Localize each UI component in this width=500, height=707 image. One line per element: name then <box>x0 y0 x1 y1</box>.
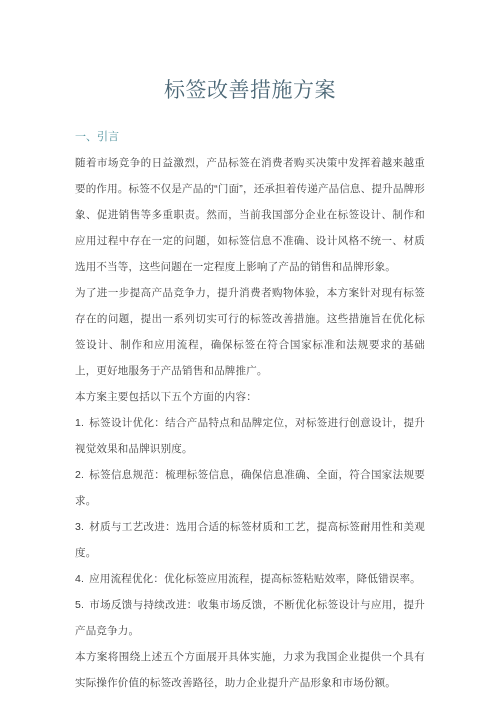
list-item-feedback: 5.市场反馈与持续改进：收集市场反馈，不断优化标签设计与应用，提升产品竞争力。 <box>75 592 425 644</box>
list-item-design: 1.标签设计优化：结合产品特点和品牌定位，对标签进行创意设计，提升视觉效果和品牌… <box>75 410 425 462</box>
list-item-text: 材质与工艺改进：选用合适的标签材质和工艺，提高标签耐用性和美观度。 <box>75 521 425 559</box>
list-item-process: 4.应用流程优化：优化标签应用流程，提高标签粘贴效率，降低错误率。 <box>75 566 425 592</box>
list-item-information: 2.标签信息规范：梳理标签信息，确保信息准确、全面，符合国家法规要求。 <box>75 462 425 514</box>
list-item-text: 标签设计优化：结合产品特点和品牌定位，对标签进行创意设计，提升视觉效果和品牌识别… <box>75 417 425 455</box>
numbered-list: 1.标签设计优化：结合产品特点和品牌定位，对标签进行创意设计，提升视觉效果和品牌… <box>75 410 425 644</box>
document-title: 标签改善措施方案 <box>75 78 425 104</box>
list-item-material: 3.材质与工艺改进：选用合适的标签材质和工艺，提高标签耐用性和美观度。 <box>75 514 425 566</box>
list-item-number: 2. <box>75 469 84 481</box>
list-item-text: 标签信息规范：梳理标签信息，确保信息准确、全面，符合国家法规要求。 <box>75 469 425 507</box>
paragraph-list-lead-in: 本方案主要包括以下五个方面的内容： <box>75 384 425 410</box>
list-item-number: 5. <box>75 599 84 611</box>
list-item-number: 3. <box>75 521 84 533</box>
list-item-number: 1. <box>75 417 84 429</box>
paragraph-plan-purpose: 为了进一步提高产品竞争力，提升消费者购物体验，本方案针对现有标签存在的问题，提出… <box>75 280 425 384</box>
paragraph-market-background: 随着市场竞争的日益激烈，产品标签在消费者购买决策中发挥着越来越重要的作用。标签不… <box>75 150 425 280</box>
section-heading-introduction: 一、引言 <box>75 124 425 150</box>
list-item-text: 市场反馈与持续改进：收集市场反馈，不断优化标签设计与应用，提升产品竞争力。 <box>75 599 425 637</box>
list-item-number: 4. <box>75 573 84 585</box>
document-page: 标签改善措施方案 一、引言 随着市场竞争的日益激烈，产品标签在消费者购买决策中发… <box>0 0 500 707</box>
list-item-text: 应用流程优化：优化标签应用流程，提高标签粘贴效率，降低错误率。 <box>89 573 421 585</box>
paragraph-closing: 本方案将围绕上述五个方面展开具体实施，力求为我国企业提供一个具有实际操作价值的标… <box>75 644 425 696</box>
